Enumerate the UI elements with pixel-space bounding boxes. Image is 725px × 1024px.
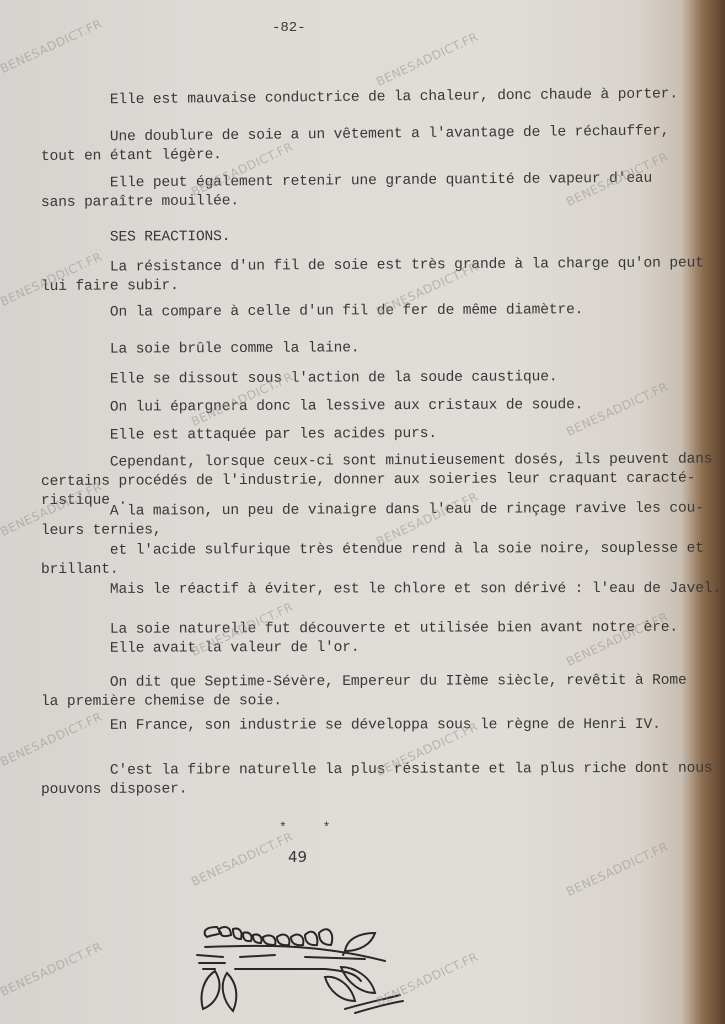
watermark-text: BENESADDICT.FR	[564, 609, 670, 669]
watermark-text: BENESADDICT.FR	[189, 829, 295, 889]
watermark-text: BENESADDICT.FR	[374, 29, 480, 89]
text-line: SES REACTIONS.	[41, 229, 230, 246]
text-line: Elle est attaquée par les acides purs.	[41, 426, 437, 444]
silkworm-illustration	[195, 915, 415, 1015]
watermark-text: BENESADDICT.FR	[374, 489, 480, 549]
text-line: leurs ternies,	[41, 522, 162, 539]
text-line: On lui épargnera donc la lessive aux cri…	[41, 397, 583, 416]
text-line: A la maison, un peu de vinaigre dans l'e…	[41, 501, 704, 520]
handwritten-page-number: 49	[288, 848, 307, 866]
text-line: la première chemise de soie.	[41, 693, 282, 710]
text-line: pouvons disposer.	[41, 781, 187, 798]
text-line: La résistance d'un fil de soie est très …	[41, 255, 704, 276]
text-line: Mais le réactif à éviter, est le chlore …	[41, 581, 721, 598]
text-line: Elle se dissout sous l'action de la soud…	[41, 369, 558, 388]
watermark-text: BENESADDICT.FR	[0, 16, 104, 76]
text-line: certains procédés de l'industrie, donner…	[41, 471, 695, 490]
text-line: lui faire subir.	[41, 278, 179, 295]
text-line: Une doublure de soie a un vêtement a l'a…	[41, 123, 670, 146]
text-line: sans paraître mouillée.	[41, 193, 239, 211]
text-line: La soie brûle comme la laine.	[41, 340, 360, 358]
document-page: -82- Elle est mauvaise conductrice de la…	[0, 0, 725, 1024]
text-line: brillant.	[41, 562, 119, 578]
text-line: tout en étant légère.	[41, 147, 222, 165]
text-line: En France, son industrie se développa so…	[41, 717, 661, 734]
text-line: La soie naturelle fut découverte et util…	[41, 620, 678, 638]
text-line: Elle peut également retenir une grande q…	[41, 171, 652, 192]
watermark-text: BENESADDICT.FR	[0, 939, 104, 999]
page-number-header: -82-	[272, 20, 306, 36]
text-line: On la compare à celle d'un fil de fer de…	[41, 302, 583, 321]
watermark-text: BENESADDICT.FR	[564, 839, 670, 899]
text-line: C'est la fibre naturelle la plus résista…	[41, 761, 712, 779]
text-line: Elle avait la valeur de l'or.	[41, 640, 360, 657]
text-line: Cependant, lorsque ceux-ci sont minutieu…	[41, 451, 712, 471]
text-line: Elle est mauvaise conductrice de la chal…	[41, 86, 678, 109]
section-separator: * *	[279, 820, 344, 835]
text-line: On dit que Septime-Sévère, Empereur du I…	[41, 673, 687, 691]
text-line: et l'acide sulfurique très étendue rend …	[41, 541, 704, 559]
